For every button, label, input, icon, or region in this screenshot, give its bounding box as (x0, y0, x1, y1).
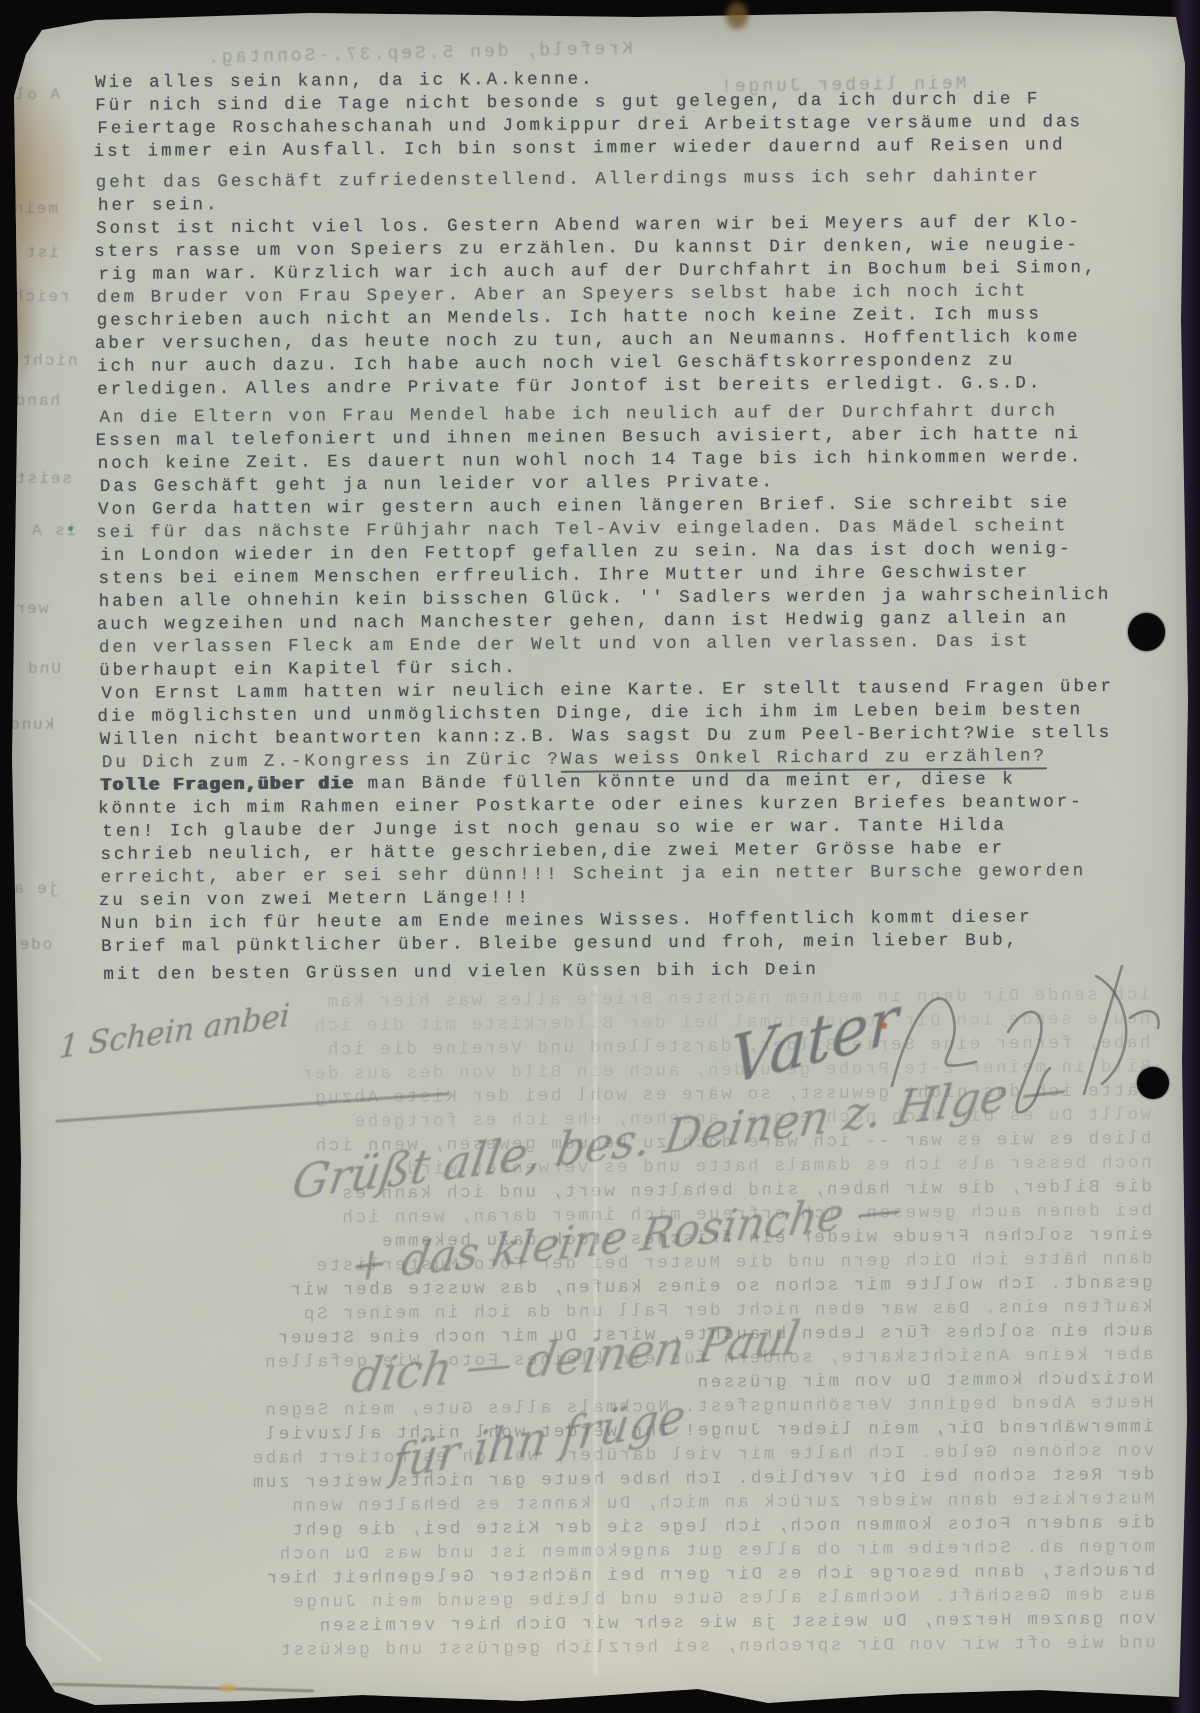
typed-run: Wie alles sein kann, da ic K.A.kenne. (95, 70, 595, 93)
bleedthrough-dateline: Krefeld, den 5.Sep.37.-Sonntag. (205, 40, 633, 69)
bleedthrough-margin-fragment: hand- (2, 392, 60, 410)
bleedthrough-margin-fragment: nichts (8, 352, 78, 370)
bleedthrough-margin-fragment: reich- (0, 288, 70, 306)
paper-sheet: Krefeld, den 5.Sep.37.-Sonntag. Mein lie… (0, 0, 1200, 1713)
bleedthrough-margin-fragment: Und (26, 660, 61, 678)
typed-letter-body: Wie alles sein kann, da ic K.A.kenne.Für… (95, 65, 1141, 987)
bleedthrough-body: ich sende Dir dann in meinem nächsten Br… (65, 983, 1156, 1664)
vertical-fold-crease (594, 985, 597, 1675)
typed-run: ten! Ich glaube der Junge ist noch genau… (102, 816, 1007, 842)
ink-speck (68, 526, 73, 531)
underlined-phrase: Was weiss Onkel Richard zu erzählen? (561, 746, 1047, 772)
punch-hole-bottom (1137, 1067, 1169, 1099)
typed-run: in London wieder in den Fettopf gefallen… (100, 539, 1072, 566)
typed-run: die möglichsten und unmöglichsten Dinge,… (97, 700, 1083, 727)
typed-run: aber versuchen, das heute noch zu tun, a… (95, 327, 1081, 354)
typed-run: Brief mal pünktlicher über. Bleibe gesun… (101, 931, 1019, 957)
typed-run: Du Dich zum Z.-Kongress in Züric ? (102, 750, 561, 773)
typed-run: Essen mal telefoniert und ihnen meinen B… (96, 424, 1082, 451)
typed-run: her sein. (98, 195, 220, 216)
rust-speck (880, 1022, 887, 1029)
bleedthrough-margin-fragment: wers (2, 600, 48, 618)
punch-hole-top (1128, 613, 1165, 651)
typed-run: überhaupt ein Kapitel für sich. (99, 658, 518, 681)
typed-run: man Bände füllen könnte und da meint er,… (354, 770, 1016, 795)
typed-run: zu sein von zwei Metern Länge!!! (99, 888, 531, 911)
edge-stain-top (726, 2, 748, 29)
typed-line: mit den besten Grüssen und vielen Küssen… (103, 957, 1143, 987)
bleedthrough-margin-fragment: A oli (2, 86, 60, 104)
scanned-letter-page: Krefeld, den 5.Sep.37.-Sonntag. Mein lie… (0, 0, 1200, 1713)
typed-run: mit den besten Grüssen und vielen Küssen… (103, 960, 819, 985)
bleedthrough-margin-fragment: je a (12, 880, 58, 898)
yellow-stain (220, 1684, 237, 1692)
bleedthrough-margin-fragment: kund (8, 716, 54, 734)
typed-run: dem Bruder von Frau Speyer. Aber an Spey… (97, 281, 1029, 308)
bleedthrough-margin-fragment: oder (6, 936, 52, 954)
bleedthrough-margin-fragment: ist (24, 244, 59, 262)
typed-run: ist immer ein Ausfall. Ich bin sonst imm… (93, 135, 1065, 162)
typed-run: den verlassen Fleck am Ende der Welt und… (99, 631, 1031, 658)
overstruck-phrase: Tolle Fragen,über die (100, 774, 354, 796)
bleedthrough-margin-fragment: meine (0, 200, 58, 218)
bottom-left-crease-shadow (52, 1683, 314, 1693)
bleedthrough-margin-fragment: seist (14, 470, 72, 488)
typed-run: erledigen. Alles andre Private für Jonto… (97, 373, 1042, 400)
typed-run: Das Geschäft geht ja nun leider vor alle… (100, 472, 775, 497)
bleedthrough-margin-fragment: is A (30, 522, 76, 540)
